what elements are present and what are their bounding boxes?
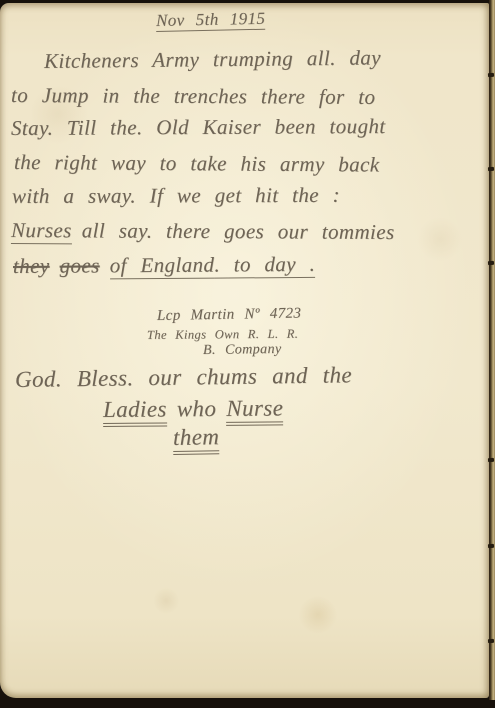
book-fore-edge (489, 0, 495, 700)
underlined-to-day: . to day . (214, 252, 315, 279)
handwritten-line-4: the right way to take his army back (14, 150, 380, 178)
word-them: them (173, 424, 220, 455)
page-edge-notch (488, 167, 494, 171)
word-nurses: Nurses (11, 218, 72, 244)
handwritten-line-1: Kitcheners Army trumping all. day (44, 45, 381, 74)
page-edge-notch (488, 261, 494, 265)
page-edge-notch (488, 73, 494, 77)
notebook-photo: Nov 5th 1915 Kitcheners Army trumping al… (0, 0, 495, 708)
signature-company: B. Company (203, 337, 282, 363)
struck-word-goes: goes (59, 253, 99, 277)
blessing-line-3: them (173, 424, 220, 450)
word-ladies: Ladies (103, 396, 167, 427)
page-edge-notch (488, 639, 494, 643)
diary-page: Nov 5th 1915 Kitcheners Army trumping al… (0, 3, 489, 698)
word-who: who (177, 396, 217, 421)
struck-word-they: they (13, 254, 50, 278)
line-6-rest: all say. there goes our tommies (82, 218, 395, 244)
entry-date-text: Nov 5th 1915 (156, 9, 266, 32)
blessing-line-1: God. Bless. our chums and the (15, 362, 352, 392)
page-edge-notch (488, 544, 494, 548)
word-nurse: Nurse (226, 395, 283, 425)
handwritten-line-5: with a sway. If we get hit the : (12, 183, 340, 209)
underlined-of-england: of England (110, 253, 215, 280)
blessing-line-2: LadieswhoNurse (103, 395, 283, 422)
handwritten-line-3: Stay. Till the. Old Kaiser been tought (11, 114, 386, 141)
handwritten-line-6: Nursesall say. there goes our tommies (11, 218, 395, 245)
page-edge-notch (488, 458, 494, 462)
handwritten-line-7: theygoesof England. to day . (13, 252, 315, 279)
handwritten-line-2: to Jump in the trenches there for to (11, 83, 376, 110)
entry-date: Nov 5th 1915 (156, 6, 266, 33)
